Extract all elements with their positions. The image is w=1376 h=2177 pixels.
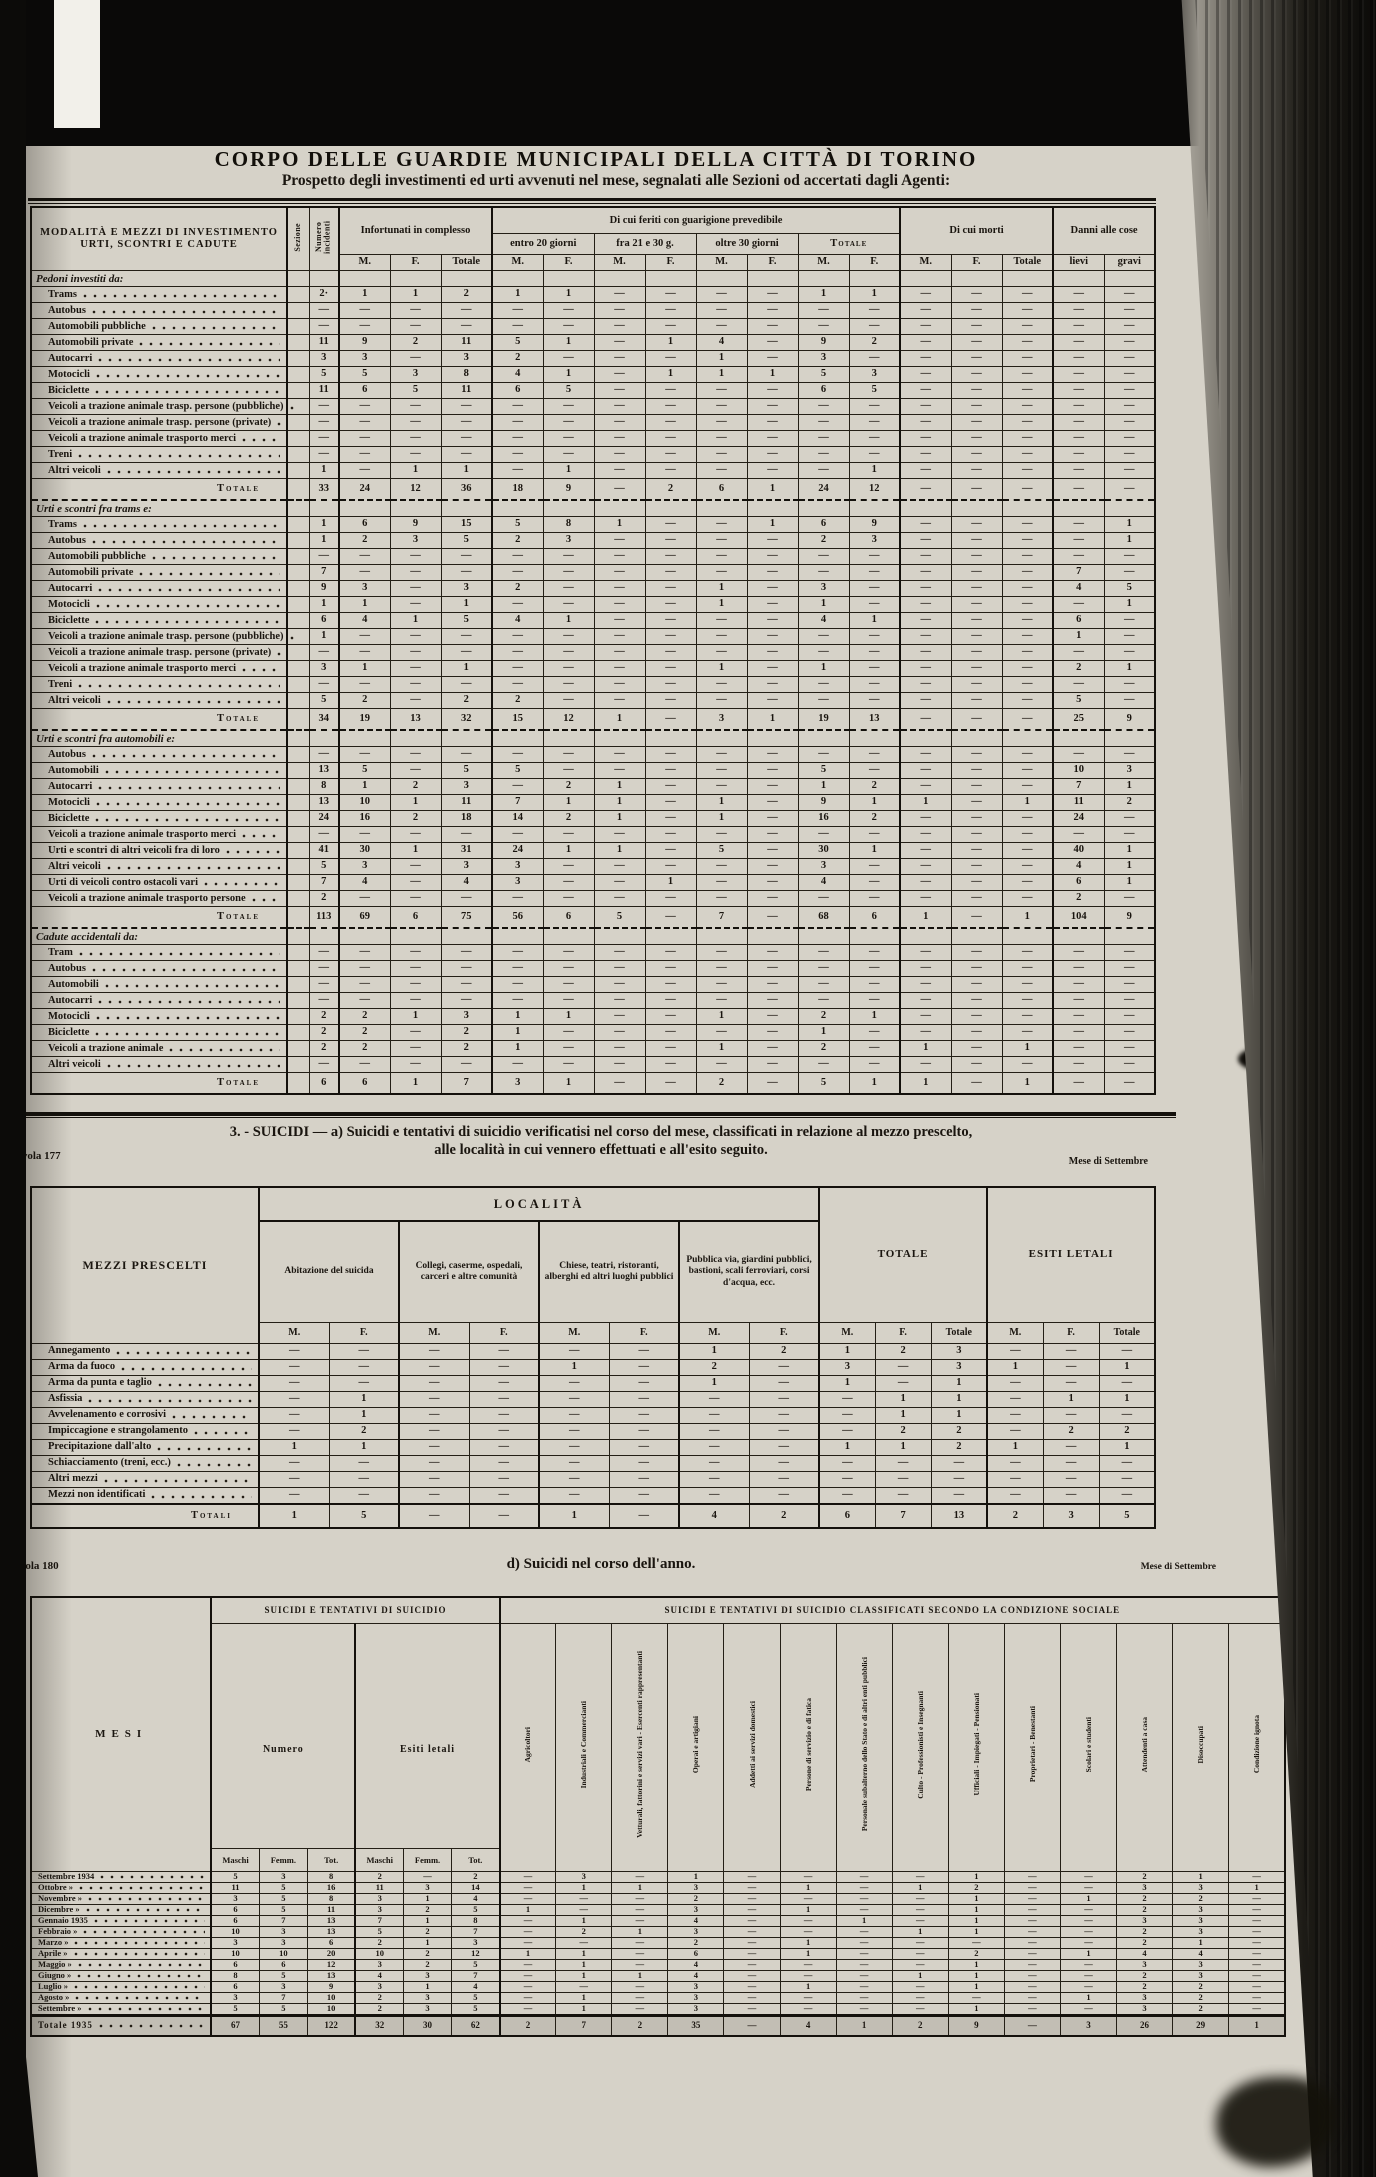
cell-value (1053, 928, 1104, 945)
cell-value: 10 (355, 1948, 403, 1959)
cell-value: — (951, 335, 1002, 351)
cell-value: 5 (452, 2003, 500, 2015)
sezione-cell (287, 843, 309, 859)
row-label: Avvelenamento e corrosivi (31, 1408, 259, 1424)
cell-value (747, 928, 798, 945)
cell-value: — (951, 415, 1002, 431)
cell-value: 9 (1104, 709, 1155, 731)
cell-value: 3 (211, 1893, 259, 1904)
cell-value: 1 (339, 661, 390, 677)
cell-value: — (390, 447, 441, 463)
cell-value: — (1002, 709, 1053, 731)
cell-value: — (539, 1392, 609, 1408)
cell-value: 5 (1053, 693, 1104, 709)
sezione-cell (287, 613, 309, 629)
sezione-cell (287, 1025, 309, 1041)
cell-value: — (1002, 779, 1053, 795)
cell-value: — (309, 399, 339, 415)
cell-value: — (1002, 479, 1053, 501)
row-label-text: Treni (48, 679, 72, 690)
cell-value: — (594, 763, 645, 779)
cell-value: — (339, 677, 390, 693)
cell-value (798, 500, 849, 517)
sezione-cell (287, 811, 309, 827)
table-row: Automobili private7——————————————7— (31, 565, 1155, 581)
sezione-cell (287, 875, 309, 891)
cell-value: — (500, 1882, 556, 1893)
totale-label: Totale (31, 479, 287, 501)
cell-value: — (441, 993, 492, 1009)
dot-leader (104, 1479, 252, 1483)
cell-value: — (390, 629, 441, 645)
cell-value: — (259, 1360, 329, 1376)
cell-value: 24 (309, 811, 339, 827)
section-label: Pedoni investiti da: (31, 271, 287, 287)
cell-value: — (594, 463, 645, 479)
cell-value: — (259, 1456, 329, 1472)
cell-value: 2 (1053, 891, 1104, 907)
cell-value: — (492, 677, 543, 693)
row-label-text: Novembre » (38, 1894, 82, 1903)
section-total-row: Totale3419133215121—311913———259 (31, 709, 1155, 731)
cell-value: 1 (492, 1025, 543, 1041)
paper-notch (54, 0, 100, 128)
cell-value (1002, 730, 1053, 747)
cell-value: — (543, 549, 594, 565)
cell-value: 1 (390, 287, 441, 303)
cell-value: — (1229, 1948, 1285, 1959)
cell-value: 4 (668, 1959, 724, 1970)
dot-leader (105, 770, 280, 774)
sezione-cell (287, 859, 309, 875)
cell-value: — (441, 961, 492, 977)
cell-value: — (780, 1959, 836, 1970)
cell-value: — (987, 1376, 1043, 1392)
cell-value: — (798, 399, 849, 415)
cell-value: 5 (849, 383, 900, 399)
cell-value: — (339, 431, 390, 447)
cell-value: 1 (556, 1959, 612, 1970)
cell-value: — (951, 859, 1002, 875)
cell-value: — (309, 961, 339, 977)
cell-value: 15 (441, 517, 492, 533)
cell-value: — (609, 1472, 679, 1488)
cell-value: — (612, 1981, 668, 1992)
cell-value: — (798, 891, 849, 907)
cell-value: 1 (1060, 1893, 1116, 1904)
cell-value: 3 (1117, 1992, 1173, 2003)
cell-value: 2 (612, 2015, 668, 2036)
cell-value: 12 (849, 479, 900, 501)
cell-value: — (339, 303, 390, 319)
cell-value: — (798, 677, 849, 693)
cell-value: — (645, 533, 696, 549)
cell-value: 1 (875, 1408, 931, 1424)
cell-value: — (543, 945, 594, 961)
cell-value: 5 (594, 907, 645, 929)
cell-value (441, 271, 492, 287)
cell-value: 1 (931, 1392, 987, 1408)
row-label-text: Autobus (48, 535, 86, 546)
cell-value: — (1002, 351, 1053, 367)
cell-value: — (951, 827, 1002, 843)
cell-value: 4 (452, 1893, 500, 1904)
cell-value: — (749, 1440, 819, 1456)
sezione-cell (287, 351, 309, 367)
section-label: Cadute accidentali da: (31, 928, 287, 945)
cell-value: — (747, 907, 798, 929)
row-label: Autocarri (31, 779, 287, 795)
cell-value: — (747, 945, 798, 961)
cell-value: 2 (749, 1344, 819, 1360)
suicides-year-table-wrap: MESI SUICIDI E TENTATIVI DI SUICIDIO SUI… (30, 1596, 1286, 2037)
cell-value: 6 (211, 1959, 259, 1970)
cell-value: 75 (441, 907, 492, 929)
cell-value: 1 (543, 1073, 594, 1095)
cell-value: — (1229, 1893, 1285, 1904)
cell-value: — (500, 1970, 556, 1981)
cell-value: — (1002, 399, 1053, 415)
dot-leader (107, 470, 280, 474)
cell-value: 1 (1099, 1392, 1155, 1408)
table-row: Veicoli a trazione animale trasp. person… (31, 645, 1155, 661)
cell-value: — (1104, 629, 1155, 645)
cell-value: 8 (211, 1970, 259, 1981)
cell-value: — (798, 977, 849, 993)
table-row: Automobili private11921151—14—92————— (31, 335, 1155, 351)
cell-value: — (900, 661, 951, 677)
sezione-cell (287, 1041, 309, 1057)
cell-value: 1 (849, 1009, 900, 1025)
cell-value: — (543, 565, 594, 581)
totale-label: Totale (31, 1073, 287, 1095)
cell-value: — (747, 859, 798, 875)
header-rule (28, 198, 1156, 204)
cell-value: — (798, 993, 849, 1009)
cell-value: — (1053, 431, 1104, 447)
cell-value: — (798, 303, 849, 319)
cell-value: — (309, 747, 339, 763)
cell-value: 1 (1002, 795, 1053, 811)
cell-value: — (390, 319, 441, 335)
cell-value: — (309, 677, 339, 693)
cell-value: — (1229, 1937, 1285, 1948)
cell-value: — (339, 945, 390, 961)
cell-value: — (645, 1009, 696, 1025)
social-column-header: Disoccupati (1173, 1623, 1229, 1871)
cell-value: — (696, 399, 747, 415)
cell-value: 8 (543, 517, 594, 533)
annual-heading-text: d) Suicidi nel corso dell'anno. (26, 1556, 1176, 1573)
cell-value: — (749, 1488, 819, 1505)
section-title: Pedoni investiti da: (32, 273, 286, 285)
cell-value: 2 (1099, 1424, 1155, 1440)
subcol-totale: Totale (1002, 254, 1053, 270)
subcol-f: F. (749, 1323, 819, 1344)
cell-value: — (399, 1360, 469, 1376)
cell-value: — (469, 1344, 539, 1360)
cell-value: — (900, 517, 951, 533)
cell-value: 6 (390, 907, 441, 929)
subcol-m: M. (339, 254, 390, 270)
cell-value: — (987, 1472, 1043, 1488)
month-label: Novembre » (31, 1893, 211, 1904)
cell-value: — (441, 431, 492, 447)
cell-value: 1 (948, 1959, 1004, 1970)
cell-value: — (724, 1915, 780, 1926)
cell-value: 6 (849, 907, 900, 929)
row-label: Automobili private (31, 565, 287, 581)
cell-value: — (1060, 1904, 1116, 1915)
cell-value: — (951, 875, 1002, 891)
cell-value: — (696, 961, 747, 977)
subcol-lievi: lievi (1053, 254, 1104, 270)
dot-leader (98, 786, 280, 790)
cell-value: — (1099, 1488, 1155, 1505)
cell-value: — (780, 1926, 836, 1937)
cell-value: 1 (259, 1504, 329, 1528)
cell-value: — (594, 1009, 645, 1025)
col-morti: Di cui morti (900, 207, 1053, 254)
cell-value: — (696, 859, 747, 875)
cell-value: — (1002, 993, 1053, 1009)
cell-value (798, 730, 849, 747)
cell-value: 1 (747, 479, 798, 501)
suicides-month-table: MEZZI PRESCELTI LOCALITÀ TOTALE ESITI LE… (30, 1186, 1156, 1529)
cell-value: — (696, 645, 747, 661)
cell-value: — (747, 1009, 798, 1025)
cell-value: — (900, 645, 951, 661)
cell-value: 11 (309, 335, 339, 351)
cell-value: 3 (1173, 1915, 1229, 1926)
cell-value: — (819, 1424, 875, 1440)
suicides-month-table-wrap: MEZZI PRESCELTI LOCALITÀ TOTALE ESITI LE… (30, 1186, 1156, 1529)
sezione-cell (287, 500, 309, 517)
cell-value: 69 (339, 907, 390, 929)
cell-value (309, 271, 339, 287)
cell-value: — (951, 533, 1002, 549)
cell-value: — (404, 1871, 452, 1882)
row-label: Altri veicoli (31, 1057, 287, 1073)
cell-value: 1 (543, 795, 594, 811)
cell-value: — (309, 447, 339, 463)
cell-value: — (747, 661, 798, 677)
cell-value: 1 (849, 463, 900, 479)
cell-value: — (900, 447, 951, 463)
table-row: Autobus————————————————— (31, 303, 1155, 319)
cell-value: 11 (355, 1882, 403, 1893)
cell-value: 3 (849, 367, 900, 383)
month-label: Settembre » (31, 2003, 211, 2015)
cell-value: 1 (1099, 1440, 1155, 1456)
cell-value: — (645, 383, 696, 399)
cell-value: — (399, 1456, 469, 1472)
cell-value: 1 (836, 1915, 892, 1926)
cell-value: — (309, 415, 339, 431)
col-numero-incidenti: Numero incidenti (309, 207, 339, 271)
social-column-header: Attendenti a casa (1117, 1623, 1173, 1871)
cell-value: — (1053, 367, 1104, 383)
social-column-header: Scolari e studenti (1060, 1623, 1116, 1871)
cell-value: — (892, 1893, 948, 1904)
cell-value: — (645, 763, 696, 779)
cell-value: — (749, 1424, 819, 1440)
subcol-f: F. (390, 254, 441, 270)
cell-value: — (1104, 335, 1155, 351)
cell-value: — (819, 1488, 875, 1505)
dot-leader (252, 898, 280, 902)
table-row: Impiccagione e strangolamento—2———————22… (31, 1424, 1155, 1440)
cell-value: — (798, 319, 849, 335)
cell-value: 4 (1053, 859, 1104, 875)
cell-value: — (892, 1871, 948, 1882)
cell-value: — (441, 447, 492, 463)
subcol-m: M. (696, 254, 747, 270)
cell-value (747, 730, 798, 747)
cell-value (900, 271, 951, 287)
row-label: Motocicli (31, 597, 287, 613)
cell-value: — (696, 463, 747, 479)
month-label: Luglio » (31, 1981, 211, 1992)
cell-value: — (609, 1376, 679, 1392)
sezione-cell (287, 1057, 309, 1073)
cell-value: — (645, 399, 696, 415)
cell-value: 5 (259, 1893, 307, 1904)
cell-value: — (696, 1057, 747, 1073)
row-label: Motocicli (31, 1009, 287, 1025)
dot-leader (100, 1875, 205, 1879)
dot-leader (78, 454, 280, 458)
month-label: Giugno » (31, 1970, 211, 1981)
table-row: Autocarri93—32———1—3————45 (31, 581, 1155, 597)
dot-leader (74, 1952, 206, 1956)
cell-value: — (951, 945, 1002, 961)
row-label: Biciclette (31, 383, 287, 399)
cell-value (339, 730, 390, 747)
cell-value: — (951, 581, 1002, 597)
row-label: Autobus (31, 961, 287, 977)
cell-value: — (900, 367, 951, 383)
cell-value: — (747, 415, 798, 431)
cell-value: — (951, 779, 1002, 795)
cell-value: 1 (1104, 779, 1155, 795)
cell-value: — (819, 1472, 875, 1488)
cell-value: — (780, 1992, 836, 2003)
sezione-cell (287, 928, 309, 945)
cell-value: — (696, 431, 747, 447)
row-label: Veicoli a trazione animale trasp. person… (31, 399, 287, 415)
cell-value: — (1002, 827, 1053, 843)
cell-value: — (836, 1882, 892, 1893)
cell-value: 1 (500, 1948, 556, 1959)
cell-value: 5 (259, 1904, 307, 1915)
cell-value: — (747, 533, 798, 549)
cell-value: 3 (1060, 2015, 1116, 2036)
cell-value: — (900, 479, 951, 501)
cell-value: — (1043, 1456, 1099, 1472)
sezione-cell (287, 730, 309, 747)
row-label: Veicoli a trazione animale trasp. person… (31, 629, 287, 645)
cell-value: — (798, 415, 849, 431)
cell-value: — (951, 1057, 1002, 1073)
cell-value: — (543, 431, 594, 447)
cell-value: — (696, 779, 747, 795)
cell-value: — (543, 319, 594, 335)
col-localita: LOCALITÀ (259, 1187, 819, 1221)
social-column-label: Ufficiali - Impiegati - Pensionati (972, 1693, 981, 1796)
sezione-cell (287, 645, 309, 661)
cell-value: — (259, 1472, 329, 1488)
cell-value: — (724, 2003, 780, 2015)
cell-value: — (339, 977, 390, 993)
cell-value: 1 (339, 597, 390, 613)
cell-value: 5 (309, 859, 339, 875)
cell-value: — (849, 1057, 900, 1073)
cell-value: 19 (798, 709, 849, 731)
cell-value: 5 (355, 1926, 403, 1937)
social-column-label: Vetturali, fattorini e servizi vari - Es… (635, 1651, 644, 1838)
row-label-text: Avvelenamento e corrosivi (48, 1409, 166, 1420)
group-condizione-sociale: SUICIDI E TENTATIVI DI SUICIDIO CLASSIFI… (500, 1597, 1285, 1623)
cell-value: — (892, 1981, 948, 1992)
month-label: Aprile » (31, 1948, 211, 1959)
cell-value: — (1053, 827, 1104, 843)
corner-line1: MODALITÀ E MEZZI DI INVESTIMENTO (32, 227, 286, 239)
cell-value: 1 (948, 1970, 1004, 1981)
social-column-header: Culto - Professionisti e Insegnanti (892, 1623, 948, 1871)
cell-value: 1 (339, 779, 390, 795)
cell-value: 2 (309, 1041, 339, 1057)
cell-value: — (390, 827, 441, 843)
col-fra21-30: fra 21 e 30 g. (594, 234, 696, 255)
cell-value: — (492, 431, 543, 447)
cell-value: — (612, 1959, 668, 1970)
cell-value: — (539, 1344, 609, 1360)
cell-value: — (892, 1937, 948, 1948)
row-label-text: Febbraio » (38, 1927, 77, 1936)
cell-value: — (747, 961, 798, 977)
cell-value (1104, 271, 1155, 287)
cell-value: 1 (492, 1041, 543, 1057)
cell-value: 1 (696, 795, 747, 811)
cell-value: 1 (612, 1882, 668, 1893)
cell-value: — (1053, 399, 1104, 415)
month-label: Agosto » (31, 1992, 211, 2003)
cell-value: — (849, 597, 900, 613)
table-row: Arma da fuoco————1—2—3—31—1 (31, 1360, 1155, 1376)
table-row: Autocarri33—32———1—3—————— (31, 351, 1155, 367)
table-row: Automobili pubbliche————————————————— (31, 549, 1155, 565)
cell-value: — (747, 597, 798, 613)
cell-value: — (1043, 1472, 1099, 1488)
cell-value: — (798, 431, 849, 447)
cell-value: 3 (339, 581, 390, 597)
cell-value: — (259, 1376, 329, 1392)
cell-value: — (892, 1915, 948, 1926)
sezione-cell (287, 661, 309, 677)
cell-value: 12 (390, 479, 441, 501)
cell-value: 1 (543, 335, 594, 351)
cell-value: — (931, 1488, 987, 1505)
cell-value: — (747, 549, 798, 565)
cell-value (747, 500, 798, 517)
cell-value: — (1053, 351, 1104, 367)
month-row: Luglio »639314———3—1——1——22— (31, 1981, 1285, 1992)
cell-value: 2 (849, 779, 900, 795)
cell-value: — (645, 287, 696, 303)
cell-value: 3 (309, 351, 339, 367)
cell-value: — (892, 2003, 948, 2015)
